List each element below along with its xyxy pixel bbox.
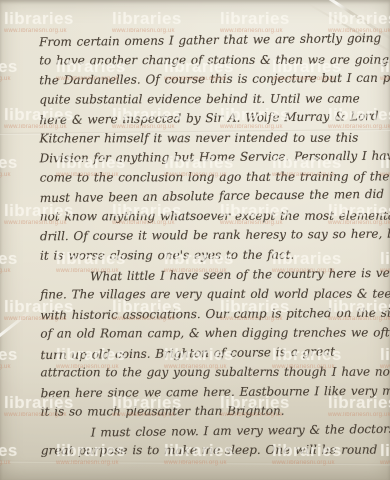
letter-line: it is worse closing one's eyes to the fa… [40, 245, 385, 266]
letter-line: here & were inspected by Sir A. Wolfe Mu… [39, 107, 384, 131]
letter-line: been here since we came here. Eastbourne… [41, 382, 386, 404]
letter-line: it is so much pleasanter than Brighton. [41, 402, 386, 423]
watermark: librarieswww.librariesni.org.uk [4, 10, 104, 34]
letter-line: the Dardanelles. Of course this is conje… [39, 69, 384, 91]
watermark-url: www.librariesni.org.uk [0, 76, 34, 82]
letter-line: attraction to the gay young subalterns t… [41, 363, 386, 383]
letter-line: must have been an absolute farce because… [40, 185, 385, 209]
letter-line: with historic associations. Our camp is … [40, 303, 385, 325]
letter-line: From certain omens I gather that we are … [39, 29, 384, 53]
watermark-url: www.librariesni.org.uk [0, 460, 34, 466]
watermark-url: www.librariesni.org.uk [0, 364, 34, 370]
letter-line: fine. The villages are very quaint old w… [40, 285, 385, 305]
watermark-url: www.librariesni.org.uk [272, 460, 358, 466]
watermark-url: www.librariesni.org.uk [0, 268, 34, 274]
letter-body: From certain omens I gather that we are … [39, 30, 386, 462]
watermark-text: libraries [328, 10, 390, 27]
watermark-text: libraries [4, 10, 104, 27]
letter-line: Kitchener himself it was never intended … [40, 128, 385, 148]
letter-line: of an old Roman camp, & when digging tre… [40, 324, 385, 345]
letter-line: drill. Of course it would be rank heresy… [40, 225, 385, 247]
letter-line: not know anything whatsoever except the … [40, 207, 385, 227]
watermark-url: www.librariesni.org.uk [0, 172, 34, 178]
watermark-text: libraries [220, 10, 320, 27]
paper-crease-left-edge [0, 308, 34, 339]
letter-line: great purpose is to make me sleep. One w… [41, 441, 386, 461]
letter-page: From certain omens I gather that we are … [0, 0, 390, 480]
letter-line: to have another change of stations & the… [39, 50, 384, 70]
watermark-text: libraries [112, 10, 212, 27]
watermark-url: www.librariesni.org.uk [380, 460, 390, 466]
letter-line: What little I have seen of the country h… [40, 263, 385, 287]
letter-line: Division for anything but Home Service. … [40, 147, 385, 169]
